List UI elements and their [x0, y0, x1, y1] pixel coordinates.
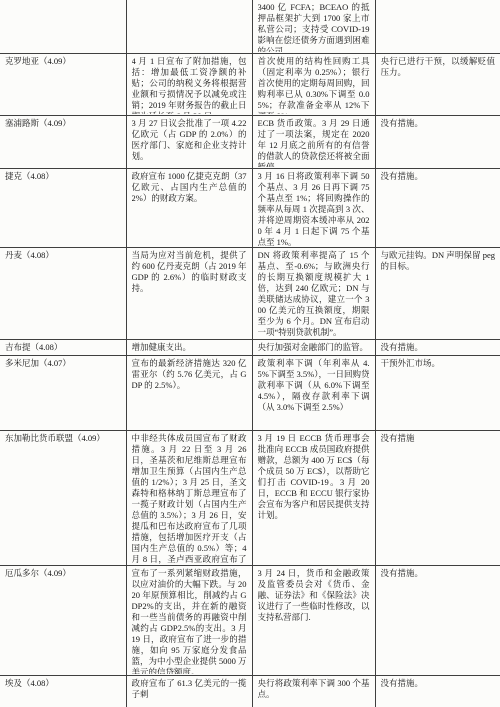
country-cell: 丹麦（4.08）: [0, 248, 126, 340]
fiscal-cell: 增加健康支出。: [126, 340, 252, 356]
country-text: 捷克（4.08）: [5, 171, 121, 246]
country-cell: 吉布提（4.08）: [0, 340, 126, 356]
fiscal-text: 宣布的最新经济措施达 320 亿雷亚尔（约 5.76 亿美元，占 GDP 的 2…: [132, 358, 247, 429]
country-cell: 东加勒比货币联盟（4.09）: [0, 431, 126, 566]
country-text: [5, 2, 121, 52]
monetary-cell: 政策利率下调（年利率从 4.5%下调至 3.5%），一日回购贷款利率下调（从 6…: [252, 356, 375, 431]
fx-text: 没有措施。: [381, 678, 496, 707]
fiscal-cell: 宣布的最新经济措施达 320 亿雷亚尔（约 5.76 亿美元，占 GDP 的 2…: [126, 356, 252, 431]
country-cell: 厄瓜多尔（4.09）: [0, 566, 126, 676]
monetary-cell: 央行加强对金融部门的监管。: [252, 340, 375, 356]
fx-text: 干预外汇市场。: [381, 358, 496, 429]
fiscal-cell: 当局为应对当前危机，提供了约 600 亿丹麦克朗（占 2019 年 GDP 的 …: [126, 248, 252, 340]
fiscal-cell: 4 月 1 日宣布了附加措施，包括：增加最低工资净额的补贴；公司的纳税义务将根据…: [126, 54, 252, 116]
fiscal-text: 政府宣布 1000 亿捷克克朗（37 亿欧元、占国内生产总值的 2%）的财政方案…: [132, 171, 247, 246]
monetary-cell: 央行将政策利率下调 300 个基点。: [252, 676, 375, 707]
fx-cell: 没有措施。: [375, 566, 500, 676]
country-text: 东加勒比货币联盟（4.09）: [5, 433, 121, 564]
country-text: 克罗地亚（4.09）: [5, 56, 121, 114]
fx-cell: 没有措施: [375, 431, 500, 566]
monetary-cell: ECB 货币政策。3 月 29 日通过了一项法案，规定在 2020 年 12 月…: [252, 116, 375, 169]
monetary-text: 3400 亿 FCFA；BCEAO 的抵押品框架扩大到 1700 家上市私营公司…: [258, 2, 370, 52]
fx-cell: 干预外汇市场。: [375, 356, 500, 431]
monetary-text: DN 将政策利率提高了 15 个基点、至-0.6%；与欧洲央行的长期互换额度规模…: [258, 250, 370, 338]
monetary-text: 3 月 16 日将政策利率下调 50 个基点、3 月 26 日再下调 75 个基…: [258, 171, 370, 246]
fx-text: 没有措施: [381, 433, 496, 564]
table-row: 塞浦路斯（4.09） 3 月 27 日议会批准了一项 4.22 亿欧元（占 GD…: [0, 116, 500, 169]
fx-cell: 央行已进行干预，以缓解贬值压力。: [375, 54, 500, 116]
monetary-cell: 3400 亿 FCFA；BCEAO 的抵押品框架扩大到 1700 家上市私营公司…: [252, 0, 375, 54]
fiscal-text: 4 月 1 日宣布了附加措施，包括：增加最低工资净额的补贴；公司的纳税义务将根据…: [132, 56, 247, 114]
monetary-text: 政策利率下调（年利率从 4.5%下调至 3.5%），一日回购贷款利率下调（从 6…: [258, 358, 370, 429]
monetary-cell: DN 将政策利率提高了 15 个基点、至-0.6%；与欧洲央行的长期互换额度规模…: [252, 248, 375, 340]
fx-text: 央行已进行干预，以缓解贬值压力。: [381, 56, 496, 114]
fiscal-cell: 宣布了一系列紧缩财政措施，以应对油价的大幅下跌。与 2020 年原预算相比，削减…: [126, 566, 252, 676]
monetary-cell: 3 月 24 日，货币和金融政策及监管委员会对《货币、金融、证券法》和《保险法》…: [252, 566, 375, 676]
monetary-text: ECB 货币政策。3 月 29 日通过了一项法案，规定在 2020 年 12 月…: [258, 118, 370, 167]
table-row: 东加勒比货币联盟（4.09） 中非经共体成员国宣布了财政措施。3 月 22 日至…: [0, 431, 500, 566]
monetary-text: 央行加强对金融部门的监管。: [258, 342, 370, 354]
country-cell: 塞浦路斯（4.09）: [0, 116, 126, 169]
country-text: 吉布提（4.08）: [5, 342, 121, 354]
fiscal-text: 中非经共体成员国宣布了财政措施。3 月 22 日至 3 月 26 日，圣基茨和尼…: [132, 433, 247, 564]
policy-table: 3400 亿 FCFA；BCEAO 的抵押品框架扩大到 1700 家上市私营公司…: [0, 0, 500, 707]
country-text: 厄瓜多尔（4.09）: [5, 568, 121, 674]
table-row: 3400 亿 FCFA；BCEAO 的抵押品框架扩大到 1700 家上市私营公司…: [0, 0, 500, 54]
fiscal-cell: 中非经共体成员国宣布了财政措施。3 月 22 日至 3 月 26 日，圣基茨和尼…: [126, 431, 252, 566]
fx-text: 没有措施。: [381, 568, 496, 674]
fiscal-text: 宣布了一系列紧缩财政措施，以应对油价的大幅下跌。与 2020 年原预算相比，削减…: [132, 568, 247, 674]
fx-cell: 没有措施。: [375, 169, 500, 248]
fx-cell: 没有措施。: [375, 340, 500, 356]
monetary-cell: 首次使用的结构性回购工具（固定利率为 0.25%）；银行首次使用的定期每周回购，…: [252, 54, 375, 116]
fx-text: 与欧元挂钩。DN 声明保留 peg 的目标。: [381, 250, 496, 338]
fiscal-text: 当局为应对当前危机，提供了约 600 亿丹麦克朗（占 2019 年 GDP 的 …: [132, 250, 247, 338]
monetary-text: 3 月 19 日 ECCB 货币理事会批准向 ECCB 成员国政府提供赠款，总额…: [258, 433, 370, 564]
country-text: 丹麦（4.08）: [5, 250, 121, 338]
fx-cell: 没有措施。: [375, 676, 500, 707]
country-cell: 捷克（4.08）: [0, 169, 126, 248]
fx-text: [381, 2, 496, 52]
country-text: 塞浦路斯（4.09）: [5, 118, 121, 167]
monetary-cell: 3 月 16 日将政策利率下调 50 个基点、3 月 26 日再下调 75 个基…: [252, 169, 375, 248]
fx-text: 没有措施。: [381, 342, 496, 354]
country-text: 埃及（4.08）: [5, 678, 121, 707]
monetary-text: 首次使用的结构性回购工具（固定利率为 0.25%）；银行首次使用的定期每周回购，…: [258, 56, 370, 114]
fiscal-text: 3 月 27 日议会批准了一项 4.22 亿欧元（占 GDP 的 2.0%）的医…: [132, 118, 247, 167]
fiscal-text: 政府宣布了 61.3 亿美元的一揽子刺: [132, 678, 247, 707]
country-text: 多米尼加（4.07）: [5, 358, 121, 429]
fiscal-cell: 政府宣布 1000 亿捷克克朗（37 亿欧元、占国内生产总值的 2%）的财政方案…: [126, 169, 252, 248]
fx-cell: 与欧元挂钩。DN 声明保留 peg 的目标。: [375, 248, 500, 340]
country-cell: [0, 0, 126, 54]
table-row: 捷克（4.08） 政府宣布 1000 亿捷克克朗（37 亿欧元、占国内生产总值的…: [0, 169, 500, 248]
fx-cell: [375, 0, 500, 54]
fiscal-text: [132, 2, 247, 52]
fx-text: 没有措施。: [381, 118, 496, 167]
table-row: 埃及（4.08） 政府宣布了 61.3 亿美元的一揽子刺 央行将政策利率下调 3…: [0, 676, 500, 707]
table-row: 吉布提（4.08） 增加健康支出。 央行加强对金融部门的监管。 没有措施。: [0, 340, 500, 356]
monetary-cell: 3 月 19 日 ECCB 货币理事会批准向 ECCB 成员国政府提供赠款，总额…: [252, 431, 375, 566]
monetary-text: 3 月 24 日，货币和金融政策及监管委员会对《货币、金融、证券法》和《保险法》…: [258, 568, 370, 674]
fiscal-cell: 3 月 27 日议会批准了一项 4.22 亿欧元（占 GDP 的 2.0%）的医…: [126, 116, 252, 169]
fiscal-cell: 政府宣布了 61.3 亿美元的一揽子刺: [126, 676, 252, 707]
country-cell: 克罗地亚（4.09）: [0, 54, 126, 116]
country-cell: 埃及（4.08）: [0, 676, 126, 707]
country-cell: 多米尼加（4.07）: [0, 356, 126, 431]
table-row: 克罗地亚（4.09） 4 月 1 日宣布了附加措施，包括：增加最低工资净额的补贴…: [0, 54, 500, 116]
fiscal-cell: [126, 0, 252, 54]
table-row: 多米尼加（4.07） 宣布的最新经济措施达 320 亿雷亚尔（约 5.76 亿美…: [0, 356, 500, 431]
monetary-text: 央行将政策利率下调 300 个基点。: [258, 678, 370, 707]
table-row: 厄瓜多尔（4.09） 宣布了一系列紧缩财政措施，以应对油价的大幅下跌。与 202…: [0, 566, 500, 676]
fx-cell: 没有措施。: [375, 116, 500, 169]
fx-text: 没有措施。: [381, 171, 496, 246]
table-row: 丹麦（4.08） 当局为应对当前危机，提供了约 600 亿丹麦克朗（占 2019…: [0, 248, 500, 340]
fiscal-text: 增加健康支出。: [132, 342, 247, 354]
